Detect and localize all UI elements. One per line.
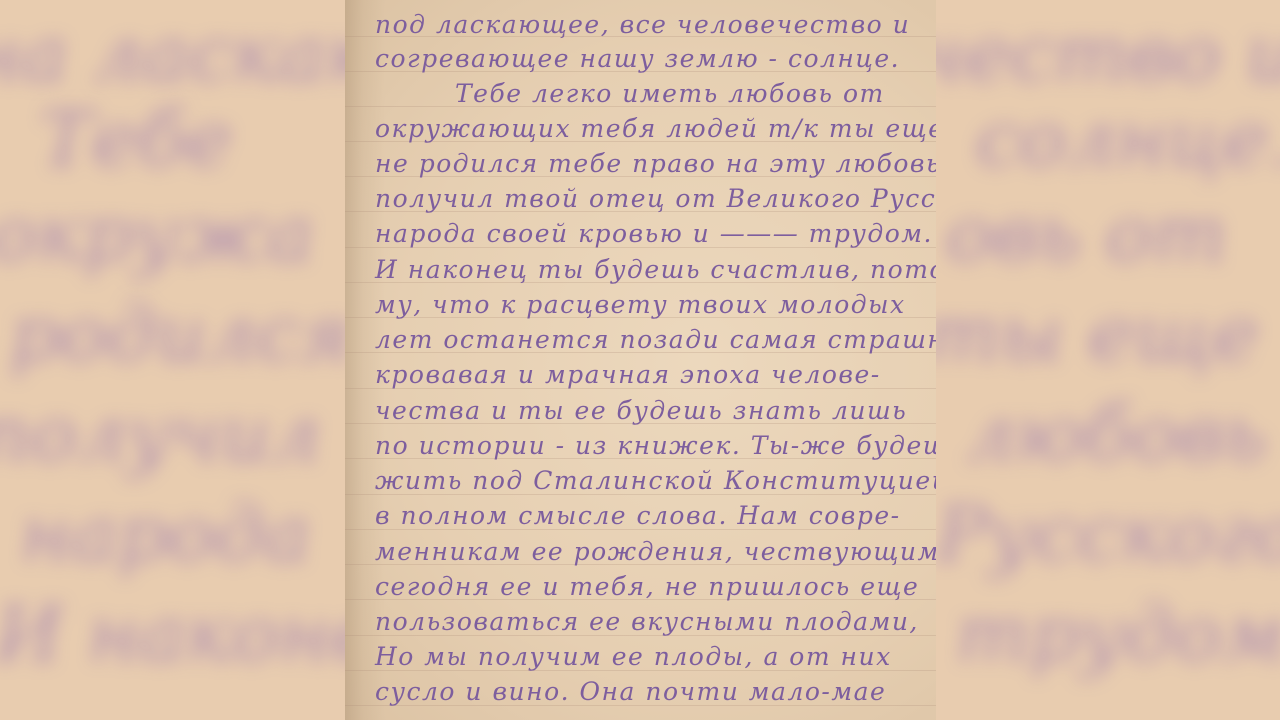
blurred-text: солнце. — [976, 95, 1280, 185]
handwritten-line: сусло и вино. Она почти мало-мае — [375, 677, 916, 707]
handwritten-line: лет останется позади самая страшная, — [375, 325, 916, 355]
handwritten-line: И наконец ты будешь счастлив, пото- — [375, 255, 916, 285]
handwritten-line: кровавая и мрачная эпоха челове- — [375, 360, 916, 390]
handwritten-line: пользоваться ее вкусными плодами, — [375, 607, 916, 637]
handwritten-line: Тебе легко иметь любовь от — [455, 79, 916, 109]
handwritten-line: му, что к расцвету твоих молодых — [375, 290, 916, 320]
blurred-text: Русского — [936, 490, 1280, 580]
handwritten-line: получил твой отец от Великого Русского — [375, 184, 916, 214]
manuscript-page: под ласкающее, все человечество и согрев… — [345, 0, 936, 720]
handwritten-line: менникам ее рождения, чествующим — [375, 537, 916, 567]
blurred-text: овь от — [946, 190, 1227, 280]
blurred-text: чество и — [936, 10, 1280, 100]
blurred-text: родился — [10, 290, 345, 380]
handwritten-line: окружающих тебя людей т/к ты еще — [375, 114, 916, 144]
blurred-text: трудом. — [956, 590, 1280, 680]
blurred-text: ты еще — [936, 290, 1259, 380]
handwritten-line: Но мы получим ее плоды, а от них — [375, 642, 916, 672]
blurred-text: любовь — [966, 390, 1267, 480]
handwritten-line: народа своей кровью и ——— трудом. — [375, 219, 916, 249]
handwritten-line: не родился тебе право на эту любовь — [375, 149, 916, 179]
blurred-background-right: чество и солнце. овь от ты еще любовь Ру… — [936, 0, 1280, 720]
blurred-text: получил — [0, 390, 321, 480]
blurred-text: окружа — [0, 190, 314, 280]
handwritten-line: сегодня ее и тебя, не пришлось еще — [375, 572, 916, 602]
blurred-text: И наконец — [0, 590, 345, 680]
blurred-text: народа — [20, 490, 311, 580]
handwritten-line: согревающее нашу землю - солнце. — [375, 44, 916, 74]
handwritten-line: по истории - из книжек. Ты-же будешь — [375, 431, 916, 461]
blurred-background-left: на ласкающ Тебе окружа родился получил н… — [0, 0, 345, 720]
handwritten-line: в полном смысле слова. Нам совре- — [375, 501, 916, 531]
handwritten-line: жить под Сталинской Конституцией — [375, 466, 916, 496]
blurred-text: на ласкающ — [0, 10, 345, 100]
handwritten-line: под ласкающее, все человечество и — [375, 10, 916, 40]
blurred-text: Тебе — [40, 95, 232, 185]
handwritten-line: чества и ты ее будешь знать лишь — [375, 396, 916, 426]
